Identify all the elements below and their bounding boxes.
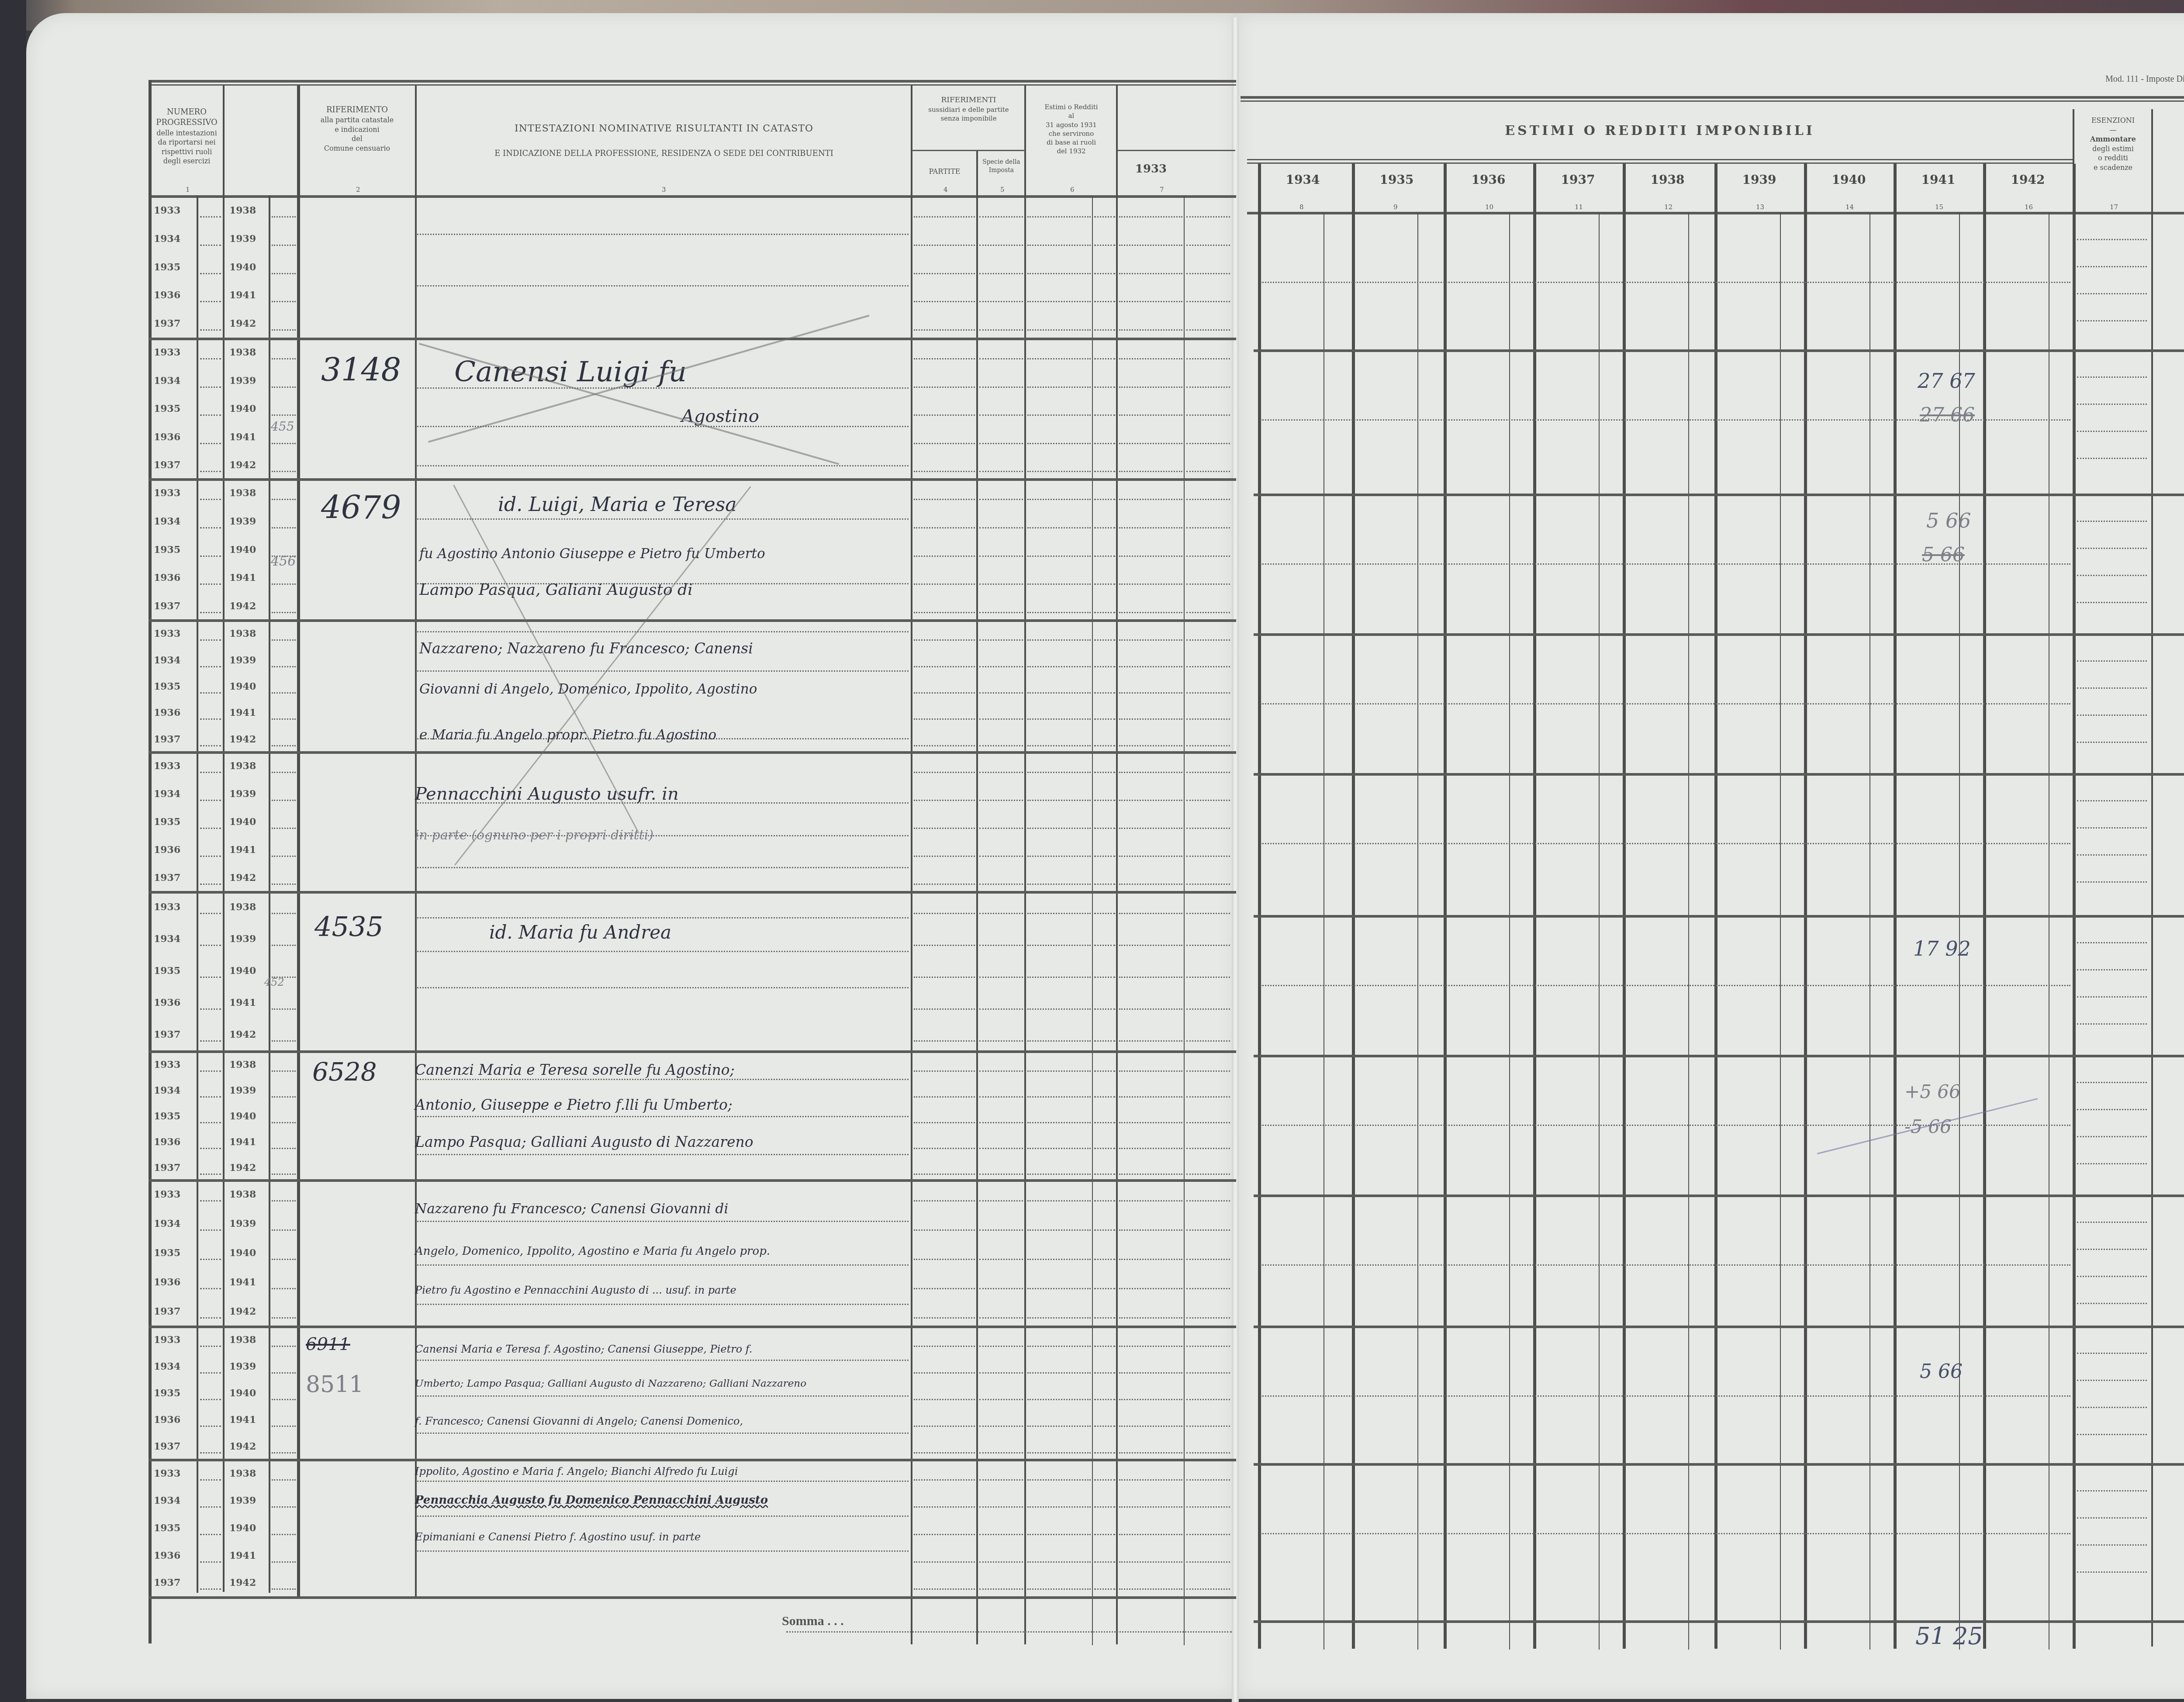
year-label: 1942 [229,1162,256,1174]
year-label: 1939 [229,1361,256,1372]
row-ref-partita: 4535 [314,911,384,942]
year-label: 1937 [154,1029,180,1040]
year-label: 1939 [229,1085,256,1096]
row-name-line: Pietro fu Agostino e Pennacchini Augusto… [415,1284,736,1296]
value-1941: 5 66 [1926,509,1971,532]
form-id: Mod. 111 - Imposte Dirette (Intercalare)… [2105,74,2184,84]
year-label: 1934 [154,1361,180,1372]
year-label: 1936 [154,997,180,1008]
year-label: 1942 [229,1441,256,1452]
year-label: 1940 [229,1111,256,1122]
column-number: 12 [1664,203,1673,211]
year-label: 1936 [154,432,180,443]
year-label: 1939 [229,655,256,666]
year-label: 1938 [229,347,256,358]
year-label: 1938 [229,205,256,216]
header-partite: PARTITE [913,167,976,176]
row-name-line: Canensi Luigi fu [454,356,687,388]
year-label: 1938 [229,1189,256,1200]
year-label: 1938 [229,901,256,913]
year-label: 1934 [154,933,180,945]
header-riferimenti-sussidiari: RIFERIMENTI sussidiari e delle partite s… [913,95,1024,123]
row-ref-struck: 6911 [306,1334,350,1354]
year-label: 1940 [229,403,256,414]
year-label: 1941 [229,1414,256,1426]
year-label: 1937 [154,734,180,745]
row-num-note: 456 [271,554,296,569]
year-label: 1942 [229,318,256,329]
year-label: 1941 [229,997,256,1008]
row-name-line: Lampo Pasqua, Galiani Augusto di [419,581,693,599]
year-label: 1939 [229,1218,256,1229]
row-name-line: Lampo Pasqua; Galliani Augusto di Nazzar… [415,1133,753,1150]
year-label: 1935 [154,816,180,828]
year-label: 1938 [229,1334,256,1346]
year-label: 1937 [154,872,180,884]
year-label: 1939 [229,233,256,245]
column-number: 4 [943,186,948,193]
year-label: 1940 [229,1522,256,1534]
row-name-line: in parte (ognuno per i propri diritti) [415,828,653,843]
row-name-line: Pennacchia Augusto fu Domenico Pennacchi… [415,1494,768,1507]
year-label: 1936 [154,1277,180,1288]
year-label: 1933 [154,1189,180,1200]
year-label: 1935 [154,1388,180,1399]
row-name-line: Canensi Maria e Teresa f. Agostino; Cane… [415,1343,752,1355]
year-label: 1934 [154,1495,180,1506]
row-name-line: id. Maria fu Andrea [489,922,671,943]
year-label: 1934 [154,516,180,527]
year-label: 1937 [154,1306,180,1317]
year-label: 1940 [229,544,256,556]
book-cover-edge [0,0,26,1702]
header-estimi-1931: Estimi o Redditi al 31 agosto 1931 che s… [1026,103,1116,156]
year-label: 1936 [154,1136,180,1148]
row-num-note: 455 [271,419,294,434]
year-label: 1935 [154,1247,180,1259]
year-label: 1941 [229,1277,256,1288]
year-label: 1936 [154,290,180,301]
row-name-line: Nazzareno; Nazzareno fu Francesco; Canen… [419,640,753,657]
year-label: 1935 [154,544,180,556]
header-esenzioni: ESENZIONI — Ammontare degli estimi o red… [2075,116,2151,173]
year-label: 1934 [154,1218,180,1229]
year-label: 1941 [229,290,256,301]
column-number: 15 [1935,203,1943,211]
year-label: 1936 [154,844,180,856]
year-label: 1942 [229,601,256,612]
year-label: 1942 [229,1029,256,1040]
row-num-note: 452 [264,976,284,988]
year-label: 1938 [229,760,256,772]
column-number: 17 [2110,203,2118,211]
header-year: 1934 [1258,173,1348,187]
column-number: 6 [1070,186,1075,193]
header-year: 1942 [1983,173,2073,187]
year-label: 1933 [154,901,180,913]
column-number: 5 [1000,186,1005,193]
year-label: 1942 [229,734,256,745]
year-label: 1942 [229,1577,256,1588]
year-label: 1935 [154,403,180,414]
row-name-line: f. Francesco; Canensi Giovanni di Angelo… [415,1415,743,1427]
year-label: 1941 [229,572,256,583]
value-1941: +5 66 [1904,1081,1961,1102]
year-label: 1937 [154,1162,180,1174]
column-number: 1 [186,186,190,193]
year-label: 1935 [154,965,180,977]
value-1941: 27 67 [1918,369,1975,393]
column-number: 16 [2025,203,2033,211]
year-label: 1939 [229,375,256,387]
value-1941: 17 92 [1913,937,1971,960]
book-gutter [1232,17,1239,1702]
year-label: 1937 [154,1441,180,1452]
column-number: 13 [1756,203,1764,211]
header-specie-imposta: Specie della Imposta [978,158,1024,175]
row-ref-partita: 6528 [312,1057,377,1087]
year-label: 1940 [229,816,256,828]
header-estimi-imponibili: ESTIMI O REDDITI IMPONIBILI [1249,122,2070,140]
row-ref-partita: 8511 [306,1371,363,1398]
year-label: 1935 [154,681,180,692]
header-year: 1941 [1894,173,1983,187]
year-label: 1934 [154,233,180,245]
year-label: 1939 [229,1495,256,1506]
year-label: 1934 [154,788,180,800]
row-name-line: e Maria fu Angelo propr. Pietro fu Agost… [419,727,716,743]
year-label: 1939 [229,516,256,527]
header-intestazioni: INTESTAZIONI NOMINATIVE RISULTANTI IN CA… [417,122,911,159]
row-name-line: id. Luigi, Maria e Teresa [498,494,737,516]
year-label: 1935 [154,1111,180,1122]
year-label: 1940 [229,262,256,273]
header-year: 1935 [1352,173,1441,187]
year-label: 1937 [154,1577,180,1588]
header-year: 1936 [1444,173,1533,187]
header-year: 1939 [1714,173,1804,187]
row-name-line: Epimaniani e Canensi Pietro f. Agostino … [415,1531,701,1543]
somma-value-1941: 51 25 [1915,1623,1983,1650]
year-label: 1937 [154,318,180,329]
year-label: 1940 [229,681,256,692]
value-1941: 27 66 [1920,404,1975,426]
year-label: 1938 [229,1468,256,1479]
right-page [1236,13,2184,1699]
year-label: 1938 [229,487,256,499]
year-label: 1940 [229,965,256,977]
header-numero-progressivo: NUMERO PROGRESSIVO delle intestazioni da… [151,107,223,166]
column-number: 10 [1485,203,1493,211]
row-name-line: Pennacchini Augusto usufr. in [415,784,679,804]
year-label: 1941 [229,707,256,718]
year-label: 1933 [154,487,180,499]
year-label: 1935 [154,1522,180,1534]
column-number: 9 [1393,203,1398,211]
year-label: 1933 [154,347,180,358]
column-number: 7 [1160,186,1164,193]
column-number: 11 [1575,203,1583,211]
year-label: 1935 [154,262,180,273]
row-ref-partita: 3148 [321,352,401,388]
year-label: 1933 [154,205,180,216]
year-label: 1934 [154,1085,180,1096]
year-label: 1934 [154,375,180,387]
year-label: 1933 [154,1059,180,1070]
column-number: 2 [356,186,360,193]
row-name-line: Ippolito, Agostino e Maria f. Angelo; Bi… [415,1465,738,1478]
header-year: 1940 [1804,173,1894,187]
row-name-line: Antonio, Giuseppe e Pietro f.lli fu Umbe… [415,1096,733,1113]
year-label: 1940 [229,1388,256,1399]
header-year-1933: 1933 [1118,162,1184,176]
row-name-line: Umberto; Lampo Pasqua; Galliani Augusto … [415,1378,806,1389]
year-label: 1939 [229,788,256,800]
year-label: 1934 [154,655,180,666]
row-ref-partita: 4679 [321,489,401,526]
column-number: 3 [662,186,666,193]
year-label: 1936 [154,707,180,718]
column-number: 14 [1845,203,1854,211]
year-label: 1942 [229,459,256,471]
header-year: 1937 [1533,173,1623,187]
year-label: 1940 [229,1247,256,1259]
row-name-line: Angelo, Domenico, Ippolito, Agostino e M… [415,1245,770,1258]
column-number: 8 [1299,203,1304,211]
value-1941: 5 66 [1922,544,1965,566]
year-label: 1939 [229,933,256,945]
year-label: 1938 [229,1059,256,1070]
year-label: 1936 [154,1414,180,1426]
row-name-line: Canenzi Maria e Teresa sorelle fu Agosti… [415,1061,735,1078]
year-label: 1942 [229,1306,256,1317]
header-year: 1938 [1623,173,1712,187]
year-label: 1933 [154,628,180,639]
row-name-line: Nazzareno fu Francesco; Canensi Giovanni… [415,1201,728,1217]
header-annotazioni: ANNOTAZIONI [2153,148,2184,162]
year-label: 1936 [154,572,180,583]
row-name-line: fu Agostino Antonio Giuseppe e Pietro fu… [419,546,765,562]
year-label: 1941 [229,844,256,856]
year-label: 1933 [154,1334,180,1346]
value-1941: 5 66 [1920,1360,1963,1383]
header-riferimento: RIFERIMENTO alla partita catastale e ind… [299,105,415,153]
year-label: 1937 [154,459,180,471]
year-label: 1941 [229,1136,256,1148]
year-label: 1936 [154,1550,180,1561]
year-label: 1938 [229,628,256,639]
year-label: 1941 [229,432,256,443]
year-label: 1937 [154,601,180,612]
year-label: 1933 [154,760,180,772]
year-label: 1933 [154,1468,180,1479]
year-label: 1942 [229,872,256,884]
somma-label: Somma . . . [782,1614,844,1629]
year-label: 1941 [229,1550,256,1561]
